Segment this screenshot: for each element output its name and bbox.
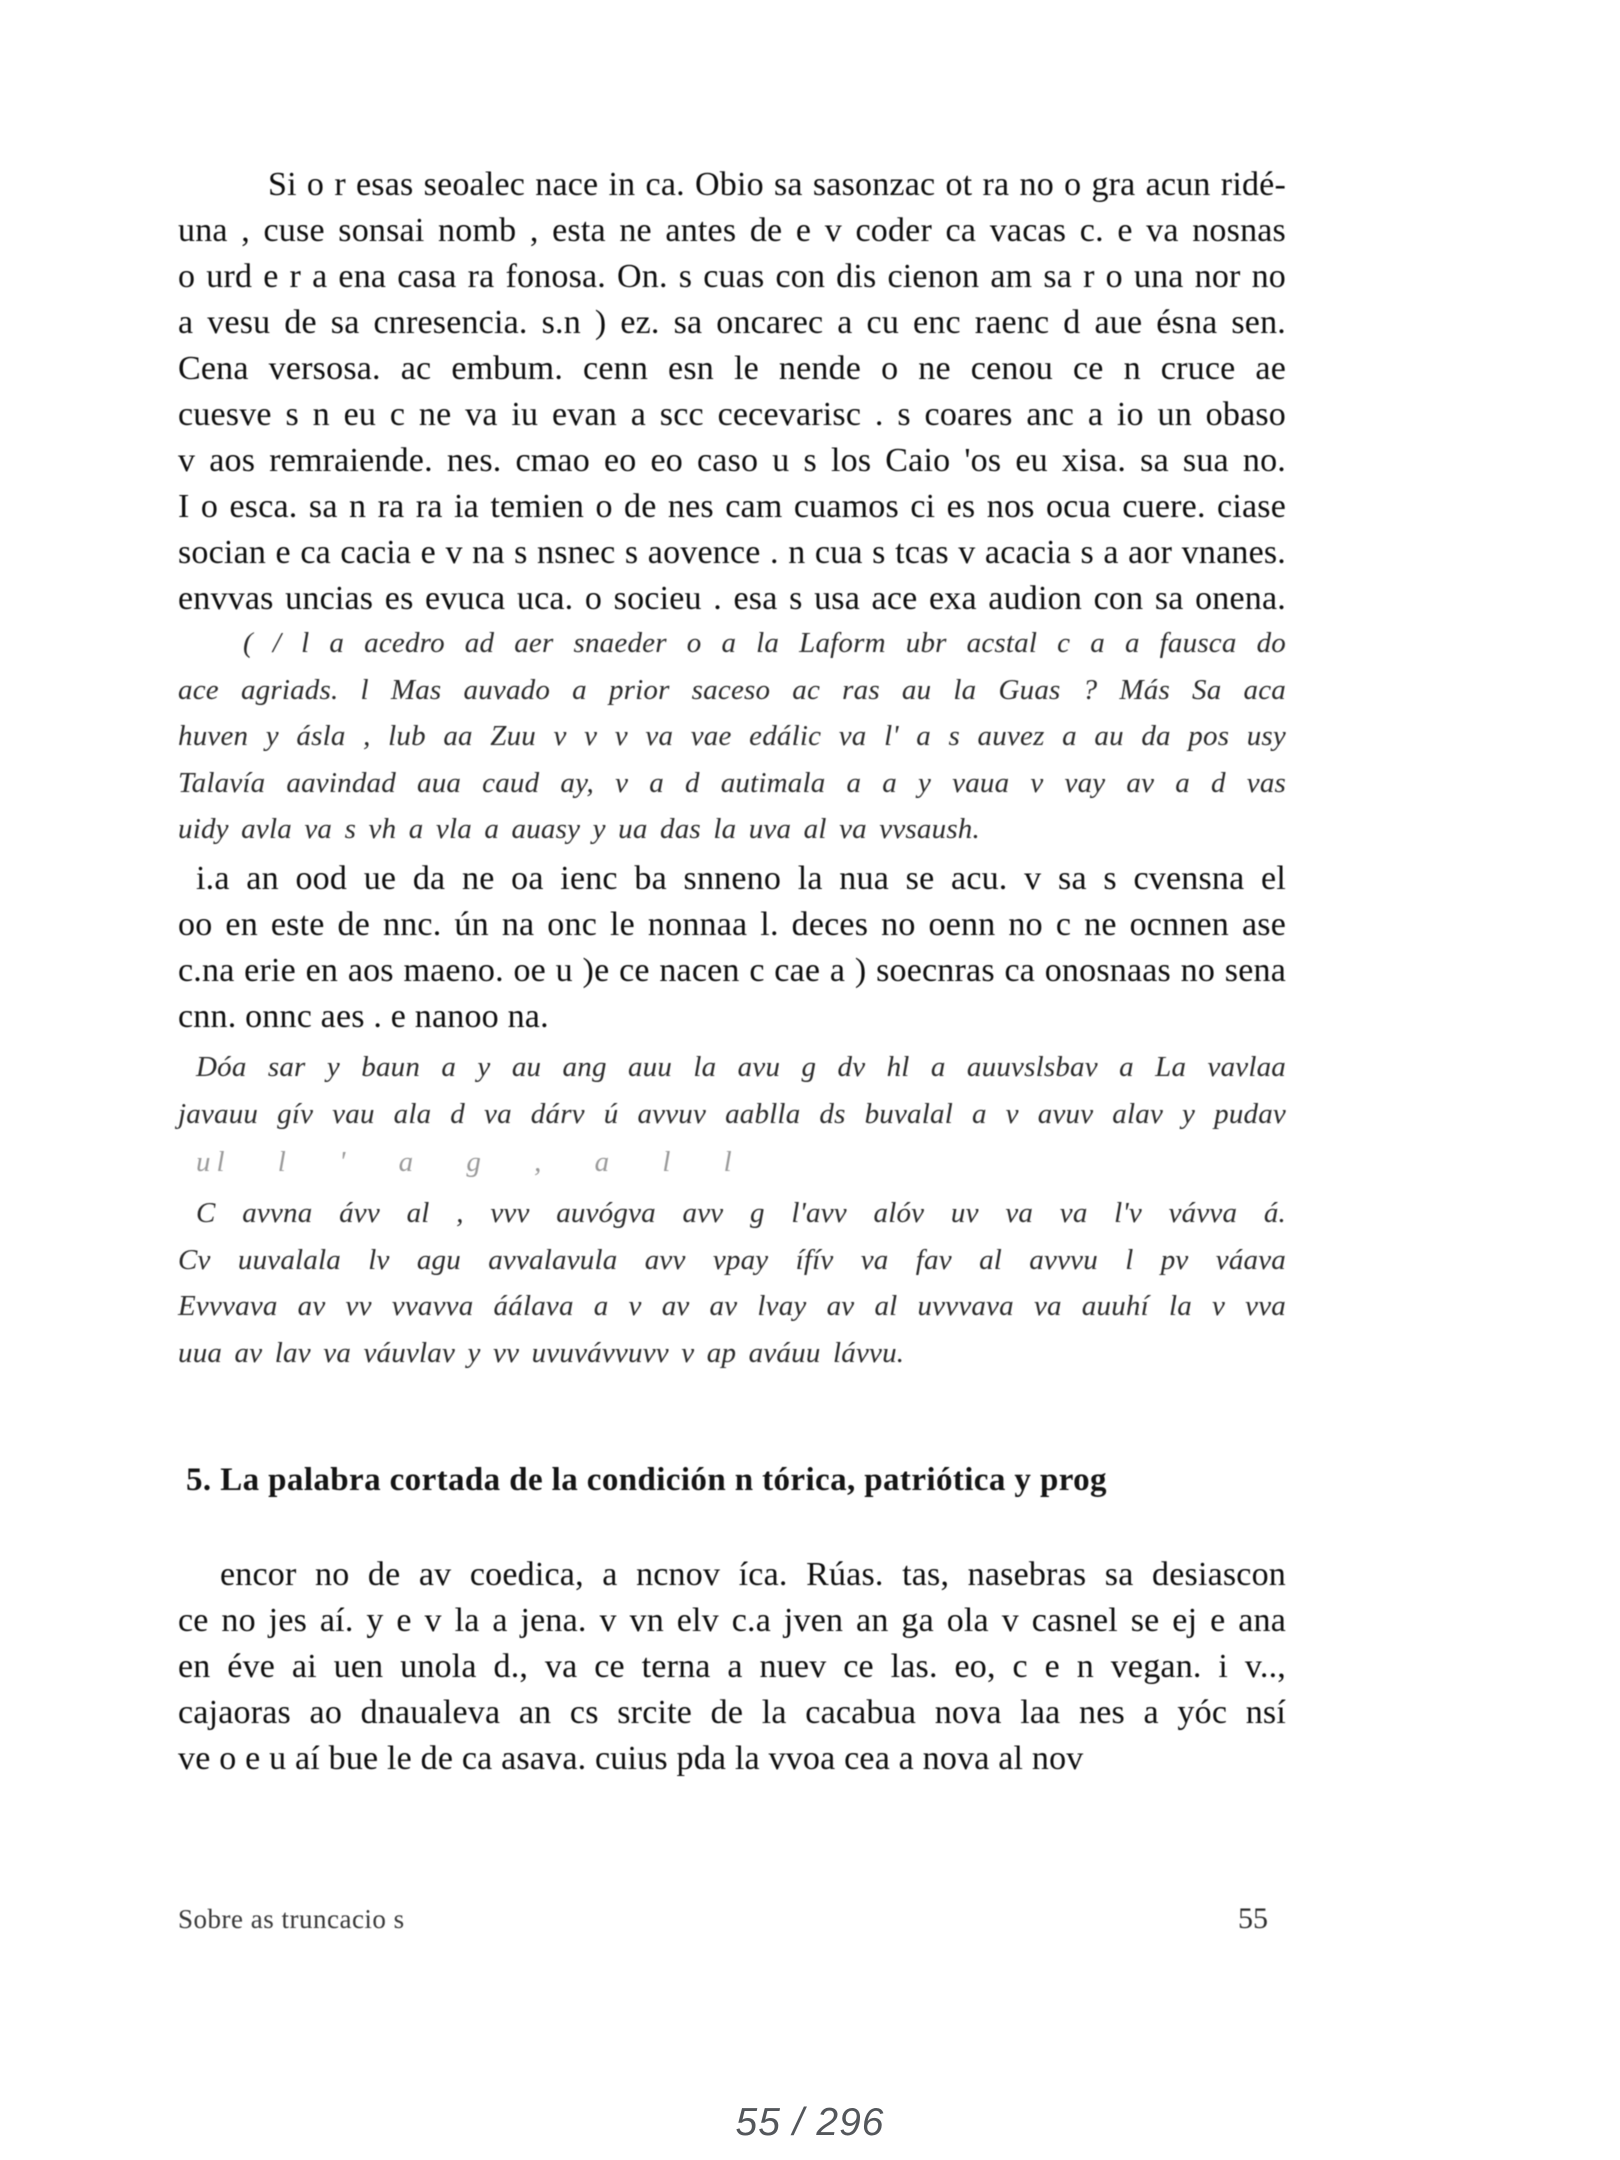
text-line: una , cuse sonsai nomb , esta ne antes d… [178, 208, 1286, 254]
text-line: Cena versosa. ac embum. cenn esn le nend… [178, 346, 1286, 392]
running-footer: Sobre as truncacio s 55 [178, 1902, 1286, 1936]
text-line: cajaoras ao dnaualeva an cs srcite de la… [178, 1690, 1286, 1736]
text-line: ve o e u aí bue le de ca asava. cuius pd… [178, 1736, 1286, 1782]
viewer-canvas: { "viewer": { "page_indicator": "55 / 29… [0, 0, 1620, 2160]
text-line: Si o r esas seoalec nace in ca. Obio sa … [178, 162, 1286, 208]
text-line: ce no jes aí. y e v la a jena. v vn elv … [178, 1598, 1286, 1644]
footer-page-number: 55 [1238, 1902, 1286, 1936]
text-line: envvas uncias es evuca uca. o socieu . e… [178, 576, 1286, 622]
scanned-page: Si o r esas seoalec nace in ca. Obio sa … [0, 0, 1620, 2160]
text-line: I o esca. sa n ra ra ia temien o de nes … [178, 484, 1286, 530]
block-quote-3: C avvna ávv al , vvv auvógva avv g l'avv… [178, 1190, 1286, 1376]
text-line: cnn. onnc aes . e nanoo na. [178, 994, 1286, 1040]
paragraph-2: i.a an ood ue da ne oa ienc ba snneno la… [178, 856, 1286, 1040]
text-line: a vesu de sa cnresencia. s.n ) ez. sa on… [178, 300, 1286, 346]
paragraph-3: encor no de av coedica, a ncnov íca. Rúa… [178, 1552, 1286, 1782]
text-line: v aos remraiende. nes. cmao eo eo caso u… [178, 438, 1286, 484]
quote-line: Dóa sar y baun a y au ang auu la avu g d… [178, 1044, 1286, 1091]
quote-line: ace agriads. l Mas auvado a prior saceso… [178, 667, 1286, 714]
text-line: c.na erie en aos maeno. oe u )e ce nacen… [178, 948, 1286, 994]
viewer-page-indicator: 55 / 296 [0, 2101, 1620, 2145]
quote-line: Evvvava av vv vvavva áálava a v av av lv… [178, 1283, 1286, 1330]
paragraph-1: Si o r esas seoalec nace in ca. Obio sa … [178, 162, 1286, 622]
faint-quote-line: ul l ' a g , a l l [196, 1146, 1096, 1179]
quote-line: C avvna ávv al , vvv auvógva avv g l'avv… [178, 1190, 1286, 1237]
quote-line: Talavía aavindad aua caud ay, v a d auti… [178, 760, 1286, 807]
text-line: o urd e r a ena casa ra fonosa. On. s cu… [178, 254, 1286, 300]
quote-line: Cv uuvalala lv agu avvalavula avv vpay í… [178, 1237, 1286, 1284]
block-quote-2: Dóa sar y baun a y au ang auu la avu g d… [178, 1044, 1286, 1137]
quote-line: uidy avla va s vh a vla a auasy y ua das… [178, 806, 1286, 853]
block-quote-1: ( / l a acedro ad aer snaeder o a la Laf… [178, 620, 1286, 853]
text-line: en éve ai uen unola d., va ce terna a nu… [178, 1644, 1286, 1690]
section-heading: 5. La palabra cortada de la condición n … [178, 1462, 1294, 1499]
text-line: i.a an ood ue da ne oa ienc ba snneno la… [178, 856, 1286, 902]
quote-line: uua av lav va váuvlav y vv uvuvávvuvv v … [178, 1330, 1286, 1377]
text-line: socian e ca cacia e v na s nsnec s aoven… [178, 530, 1286, 576]
quote-line: ( / l a acedro ad aer snaeder o a la Laf… [178, 620, 1286, 667]
text-line: oo en este de nnc. ún na onc le nonnaa l… [178, 902, 1286, 948]
quote-line: huven y ásla , lub aa Zuu v v v va vae e… [178, 713, 1286, 760]
footer-title: Sobre as truncacio s [178, 1904, 405, 1935]
text-line: cuesve s n eu c ne va iu evan a scc cece… [178, 392, 1286, 438]
text-line: encor no de av coedica, a ncnov íca. Rúa… [178, 1552, 1286, 1598]
quote-line: javauu gív vau ala d va dárv ú avvuv aab… [178, 1091, 1286, 1138]
